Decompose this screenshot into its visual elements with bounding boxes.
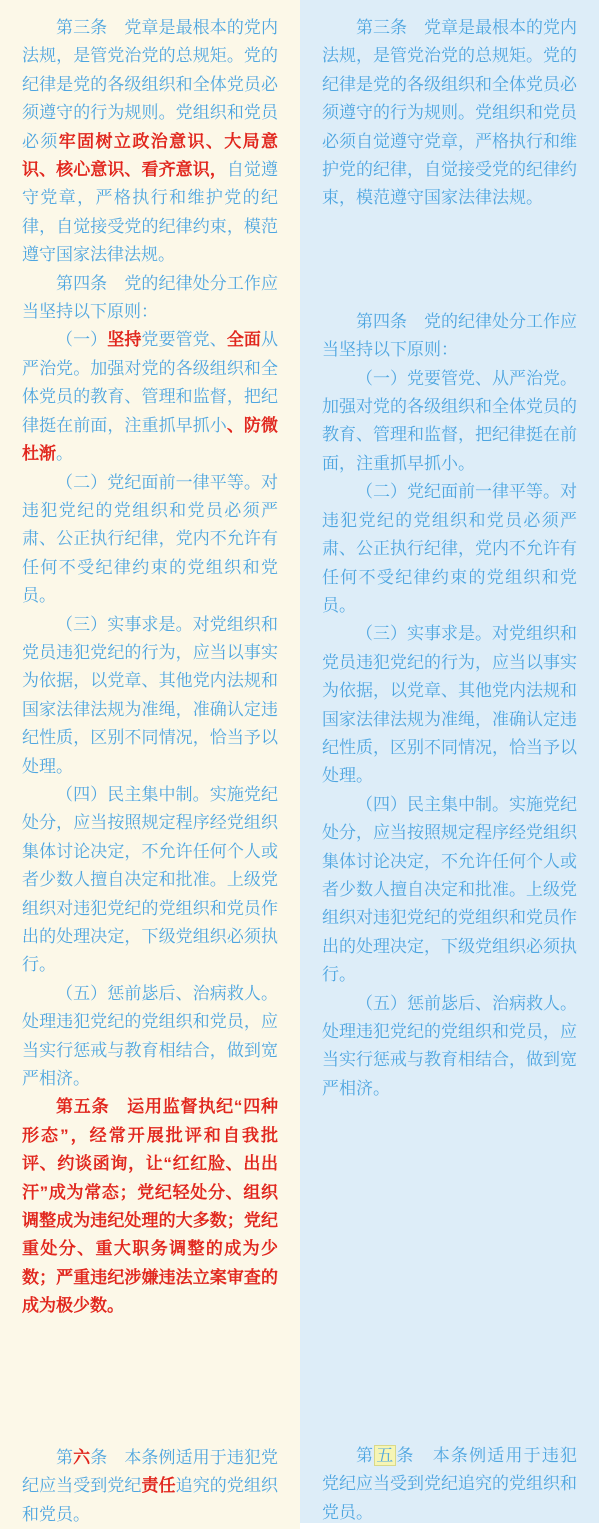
regulation-comparison-page: 第三条 党章是最根本的党内法规，是管党治党的总规矩。党的纪律是党的各级组织和全体… [0, 0, 599, 1533]
article-6-text: 第 [56, 1448, 73, 1467]
paragraph-article-3-new: 第三条 党章是最根本的党内法规，是管党治党的总规矩。党的纪律是党的各级组织和全体… [22, 14, 278, 270]
paragraph-article-4-item-3-old: （三）实事求是。对党组织和党员违犯党纪的行为，应当以事实为依据，以党章、其他党内… [322, 620, 577, 790]
paragraph-article-4-item-2-old: （二）党纪面前一律平等。对违犯党纪的党组织和党员必须严肃、公正执行纪律，党内不允… [322, 478, 577, 620]
item-1-text: 党要管党、 [141, 330, 226, 349]
right-column-old-version: 第三条 党章是最根本的党内法规，是管党治党的总规矩。党的纪律是党的各级组织和全体… [300, 0, 599, 1523]
paragraph-article-4-head-new: 第四条 党的纪律处分工作应当坚持以下原则： [22, 270, 278, 327]
paragraph-article-5-new-added: 第五条 运用监督执纪“四种形态”，经常开展批评和自我批评、约谈函询，让“红红脸、… [22, 1093, 278, 1320]
paragraph-article-5-old: 第五条 本条例适用于违犯党纪应当受到党纪追究的党组织和党员。 [322, 1442, 577, 1523]
paragraph-article-4-item-2-new: （二）党纪面前一律平等。对违犯党纪的党组织和党员必须严肃、公正执行纪律，党内不允… [22, 469, 278, 611]
item-1-added-quanmian: 全面 [227, 330, 261, 349]
left-column-new-version: 第三条 党章是最根本的党内法规，是管党治党的总规矩。党的纪律是党的各级组织和全体… [0, 0, 300, 1529]
paragraph-article-4-item-1-new: （一）坚持党要管党、全面从严治党。加强对党的各级组织和全体党员的教育、管理和监督… [22, 326, 278, 468]
paragraph-article-4-item-4-new: （四）民主集中制。实施党纪处分，应当按照规定程序经党组织集体讨论决定，不允许任何… [22, 781, 278, 980]
paragraph-article-6-new: 第六条 本条例适用于违犯党纪应当受到党纪责任追究的党组织和党员。 [22, 1444, 278, 1529]
article-6-added-zeren: 责任 [142, 1476, 176, 1495]
article-5-highlighted-number: 五 [374, 1445, 396, 1466]
item-1-text: （一） [56, 330, 107, 349]
paragraph-article-4-item-5-new: （五）惩前毖后、治病救人。处理违犯党纪的党组织和党员，应当实行惩戒与教育相结合，… [22, 980, 278, 1094]
paragraph-article-4-item-4-old: （四）民主集中制。实施党纪处分，应当按照规定程序经党组织集体讨论决定，不允许任何… [322, 791, 577, 990]
article-6-changed-number: 六 [73, 1448, 90, 1467]
item-1-added-jianchi: 坚持 [107, 330, 141, 349]
paragraph-article-4-head-old: 第四条 党的纪律处分工作应当坚持以下原则： [322, 308, 577, 365]
paragraph-article-4-item-3-new: （三）实事求是。对党组织和党员违犯党纪的行为，应当以事实为依据，以党章、其他党内… [22, 611, 278, 781]
paragraph-article-4-item-1-old: （一）党要管党、从严治党。加强对党的各级组织和全体党员的教育、管理和监督，把纪律… [322, 365, 577, 479]
paragraph-article-3-old: 第三条 党章是最根本的党内法规，是管党治党的总规矩。党的纪律是党的各级组织和全体… [322, 14, 577, 213]
paragraph-article-4-item-5-old: （五）惩前毖后、治病救人。处理违犯党纪的党组织和党员，应当实行惩戒与教育相结合，… [322, 990, 577, 1104]
article-5-text: 第 [356, 1446, 374, 1465]
item-1-text: 。 [56, 444, 73, 463]
